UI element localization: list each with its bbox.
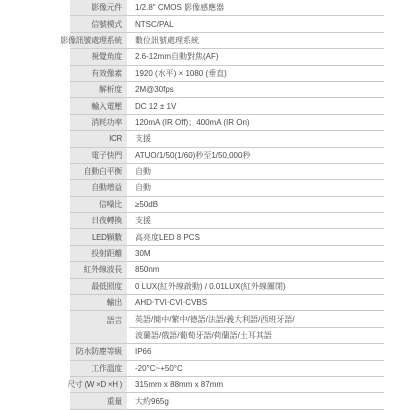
table-row: ICR 支援 (70, 131, 384, 147)
spec-value: 30M (129, 246, 384, 261)
spec-value-text: IP66 (129, 344, 384, 359)
spec-value: -20°C~+50°C (129, 361, 384, 376)
spec-value-text: 315mm x 88mm x 87mm (129, 377, 384, 392)
table-row: 信號模式 NTSC/PAL (70, 16, 384, 32)
table-row: 防水防塵等級 IP66 (70, 344, 384, 360)
spec-value-text: 0 LUX(紅外線啟動) / 0.01LUX(紅外線關閉) (129, 279, 384, 294)
spec-value: DC 12 ± 1V (129, 98, 384, 113)
spec-label: 重量 (70, 393, 127, 408)
table-row: 投射距離 30M (70, 246, 384, 262)
spec-label: 日夜轉換 (70, 213, 127, 228)
spec-label: 視覺角度 (70, 49, 127, 64)
spec-label: 最低照度 (70, 279, 127, 294)
spec-label: 影像元件 (70, 0, 127, 15)
spec-label: 自動增益 (70, 180, 127, 195)
spec-value: NTSC/PAL (129, 16, 384, 31)
spec-value-text: 數位訊號處理系統 (129, 33, 384, 48)
spec-value: 1920 (水平) × 1080 (垂直) (129, 66, 384, 81)
table-row: 輸入電壓 DC 12 ± 1V (70, 98, 384, 114)
spec-value: IP66 (129, 344, 384, 359)
table-row: 自動白平衡 自動 (70, 164, 384, 180)
spec-label: 有效像素 (70, 66, 127, 81)
spec-value-text: AHD‧TVI‧CVI‧CVBS (129, 295, 384, 310)
spec-value: 數位訊號處理系統 (129, 33, 384, 48)
table-row: 視覺角度 2.6-12mm自動對焦(AF) (70, 49, 384, 65)
spec-label: 自動白平衡 (70, 164, 127, 179)
table-row: 工作溫度 -20°C~+50°C (70, 361, 384, 377)
spec-value: 120mA (IR Off)；400mA (IR On) (129, 115, 384, 130)
spec-value-text: ≥50dB (129, 197, 384, 212)
spec-label: 電子快門 (70, 148, 127, 163)
spec-label: 影像訊號處理系統 (70, 33, 127, 48)
spec-value: AHD‧TVI‧CVI‧CVBS (129, 295, 384, 310)
spec-value-text: NTSC/PAL (129, 16, 384, 31)
table-row: 信噪比 ≥50dB (70, 197, 384, 213)
spec-label: ICR (70, 131, 127, 146)
table-row: 最低照度 0 LUX(紅外線啟動) / 0.01LUX(紅外線關閉) (70, 279, 384, 295)
spec-value-text: ATUO/1/50(1/60)秒至1/50,000秒 (129, 148, 384, 163)
spec-label: 信噪比 (70, 197, 127, 212)
spec-value-text: 高亮度LED 8 PCS (129, 229, 384, 244)
spec-label: 消耗功率 (70, 115, 127, 130)
spec-value: 英語/簡中/繁中/德語/法語/義大利語/西班牙語/波蘭語/俄語/葡萄牙語/荷蘭語… (129, 311, 384, 343)
spec-value-text: 2M@30fps (129, 82, 384, 97)
spec-table: 影像元件 1/2.8" CMOS 影像感應器 信號模式 NTSC/PAL 影像訊… (70, 0, 384, 410)
spec-value: 2M@30fps (129, 82, 384, 97)
table-row: 日夜轉換 支援 (70, 213, 384, 229)
table-row: 消耗功率 120mA (IR Off)；400mA (IR On) (70, 115, 384, 131)
spec-value: 0 LUX(紅外線啟動) / 0.01LUX(紅外線關閉) (129, 279, 384, 294)
table-row: 有效像素 1920 (水平) × 1080 (垂直) (70, 66, 384, 82)
spec-value: 支援 (129, 131, 384, 146)
table-row: 電子快門 ATUO/1/50(1/60)秒至1/50,000秒 (70, 148, 384, 164)
spec-value-text: 自動 (129, 180, 384, 195)
spec-value-text: 支援 (129, 131, 384, 146)
spec-label: 防水防塵等級 (70, 344, 127, 359)
spec-value: 高亮度LED 8 PCS (129, 229, 384, 244)
spec-label: LED顆數 (70, 229, 127, 244)
spec-label: 輸出 (70, 295, 127, 310)
spec-value: 大約965g (129, 393, 384, 408)
table-row: 尺寸 (W ×D ×H ) 315mm x 88mm x 87mm (70, 377, 384, 393)
spec-label: 信號模式 (70, 16, 127, 31)
spec-value-text: 支援 (129, 213, 384, 228)
spec-label: 投射距離 (70, 246, 127, 261)
spec-sheet-page: 影像元件 1/2.8" CMOS 影像感應器 信號模式 NTSC/PAL 影像訊… (0, 0, 410, 410)
table-row: 自動增益 自動 (70, 180, 384, 196)
table-row: 紅外線波長 850nm (70, 262, 384, 278)
table-row: LED顆數 高亮度LED 8 PCS (70, 229, 384, 245)
spec-value-text: 1/2.8" CMOS 影像感應器 (129, 0, 384, 15)
spec-value-text: 大約965g (129, 393, 384, 408)
spec-label: 輸入電壓 (70, 98, 127, 113)
spec-value: 1/2.8" CMOS 影像感應器 (129, 0, 384, 15)
spec-label: 語言 (70, 311, 127, 343)
spec-value-line: 英語/簡中/繁中/德語/法語/義大利語/西班牙語/ (129, 311, 384, 327)
spec-value-line: 波蘭語/俄語/葡萄牙語/荷蘭語/土耳其語 (129, 328, 384, 343)
spec-value: ≥50dB (129, 197, 384, 212)
spec-value-text: 120mA (IR Off)；400mA (IR On) (129, 115, 384, 130)
spec-value: 2.6-12mm自動對焦(AF) (129, 49, 384, 64)
spec-value-text: 30M (129, 246, 384, 261)
spec-value-text: 自動 (129, 164, 384, 179)
table-row: 語言 英語/簡中/繁中/德語/法語/義大利語/西班牙語/波蘭語/俄語/葡萄牙語/… (70, 311, 384, 344)
spec-value: 支援 (129, 213, 384, 228)
table-row: 解析度 2M@30fps (70, 82, 384, 98)
spec-label: 紅外線波長 (70, 262, 127, 277)
spec-value: ATUO/1/50(1/60)秒至1/50,000秒 (129, 148, 384, 163)
spec-value-text: -20°C~+50°C (129, 361, 384, 376)
spec-value: 315mm x 88mm x 87mm (129, 377, 384, 392)
spec-label: 解析度 (70, 82, 127, 97)
spec-value: 自動 (129, 180, 384, 195)
spec-value-text: 850nm (129, 262, 384, 277)
spec-value-text: 2.6-12mm自動對焦(AF) (129, 49, 384, 64)
table-row: 影像元件 1/2.8" CMOS 影像感應器 (70, 0, 384, 16)
table-row: 輸出 AHD‧TVI‧CVI‧CVBS (70, 295, 384, 311)
spec-value-text: 1920 (水平) × 1080 (垂直) (129, 66, 384, 81)
table-row: 重量 大約965g (70, 393, 384, 409)
table-row: 影像訊號處理系統 數位訊號處理系統 (70, 33, 384, 49)
spec-value: 850nm (129, 262, 384, 277)
spec-value-text: DC 12 ± 1V (129, 98, 384, 113)
spec-label: 尺寸 (W ×D ×H ) (70, 377, 127, 392)
spec-label: 工作溫度 (70, 361, 127, 376)
spec-value: 自動 (129, 164, 384, 179)
